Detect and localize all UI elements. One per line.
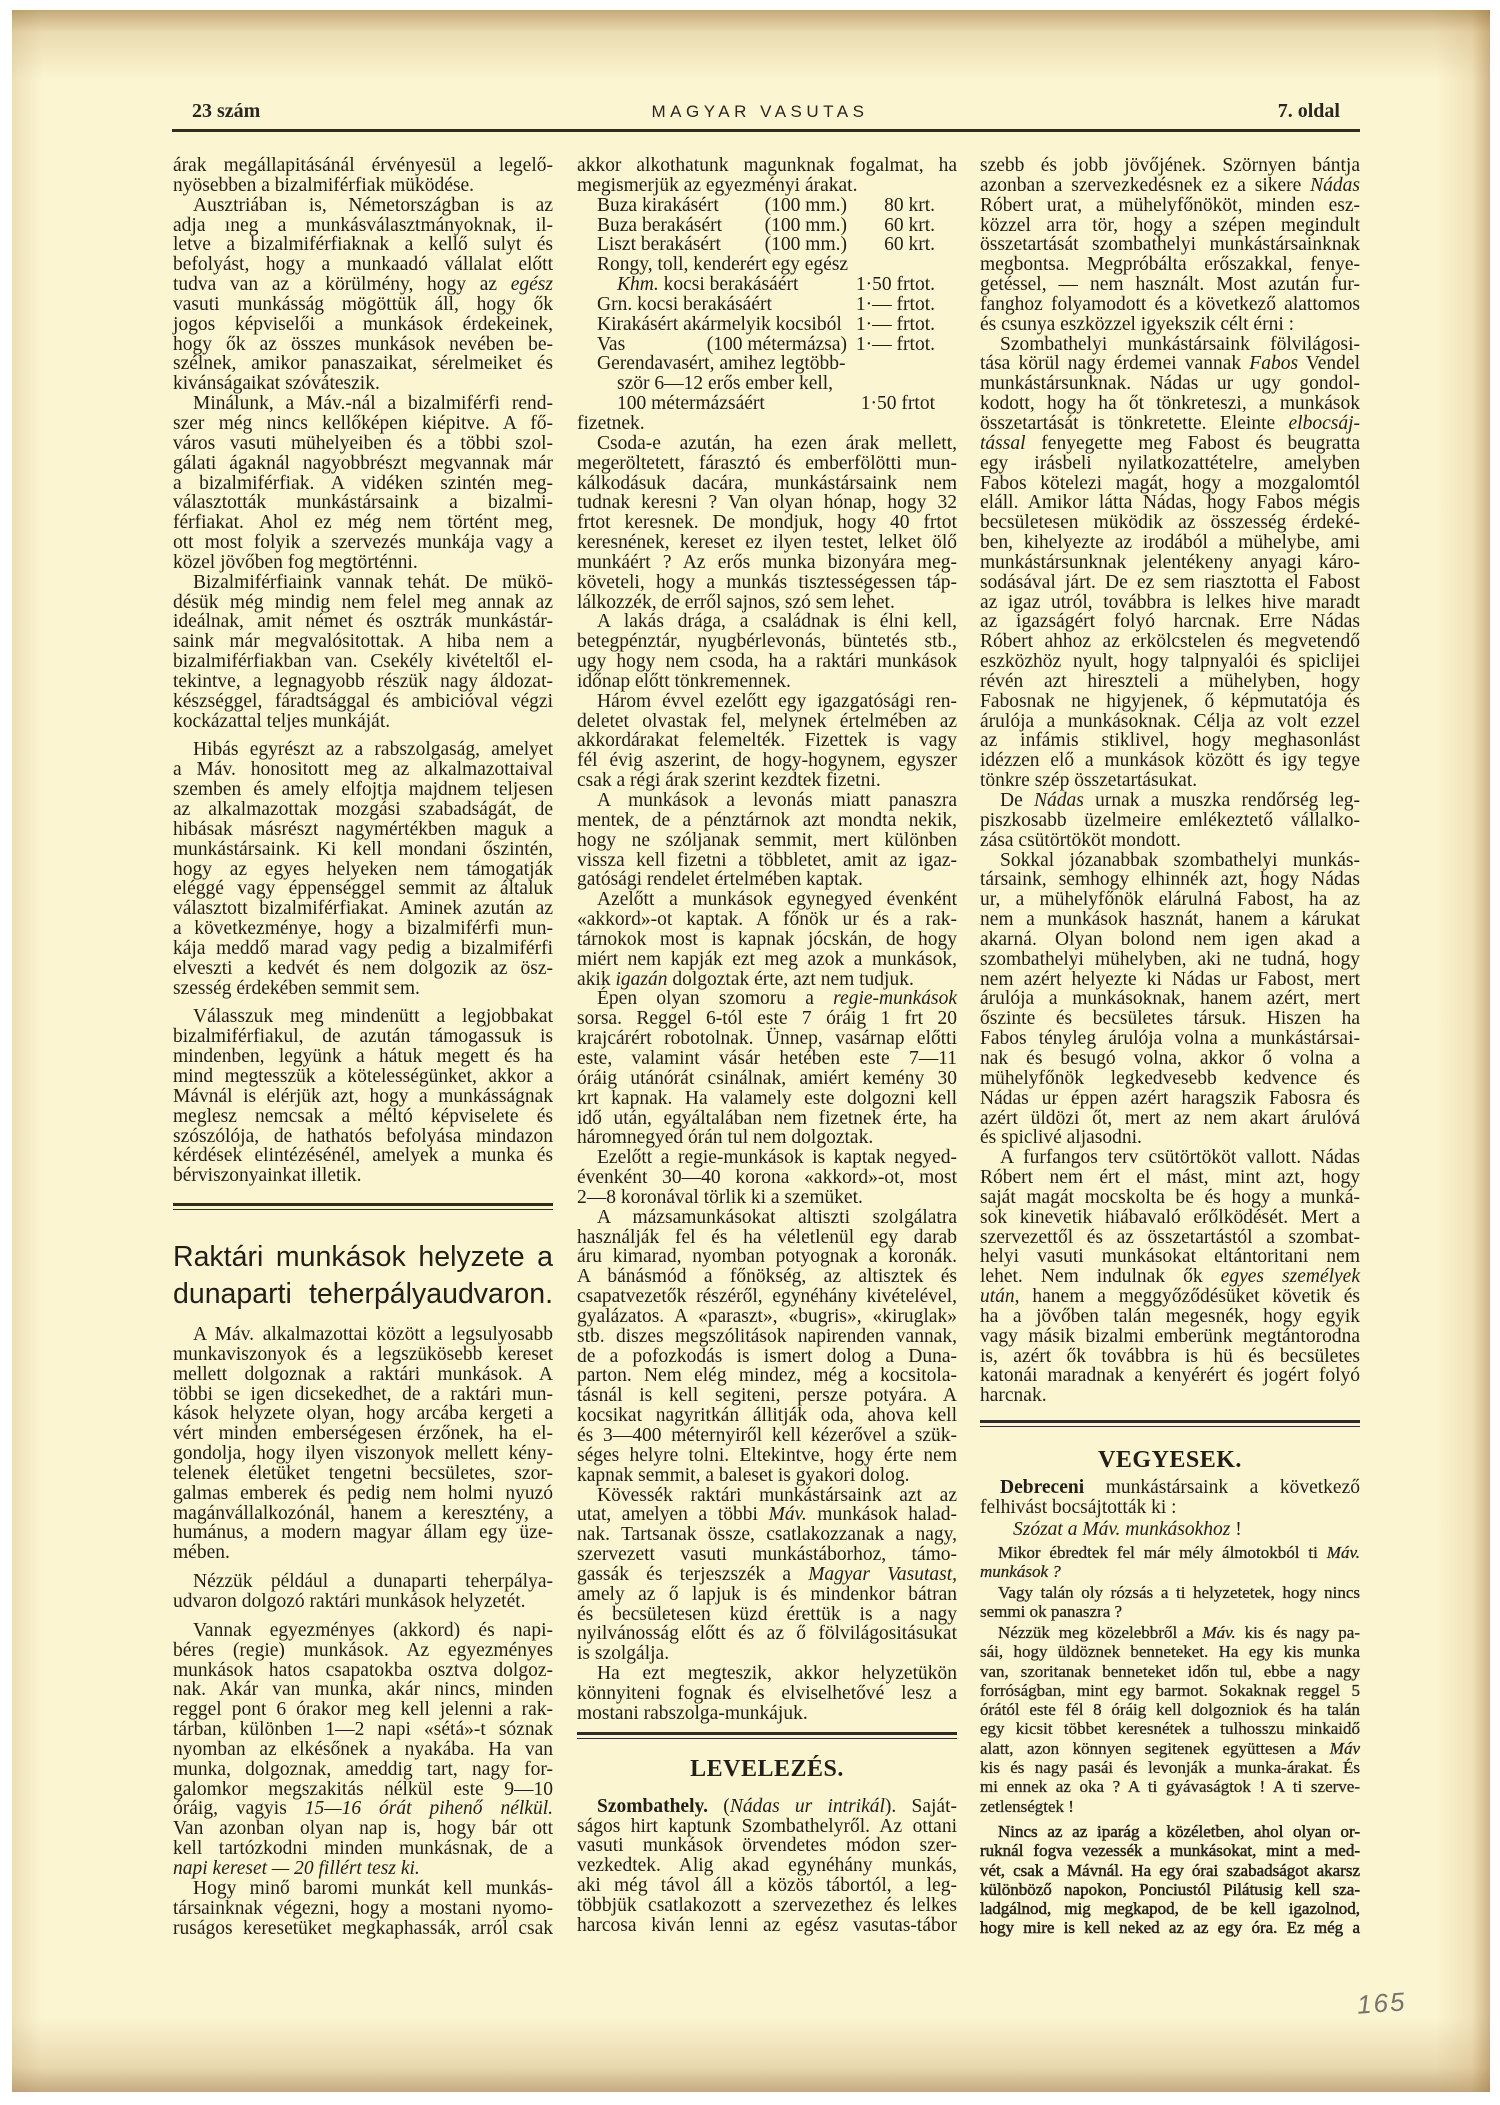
text-run: óráig, vagyis — [173, 1798, 305, 1819]
text-line: gassák és terjeszszék a Magyar Vasutast, — [577, 1565, 957, 1585]
emphasis-text: elbocsáj- — [1289, 413, 1360, 434]
paragraph: akkor alkothatunk magunknak fogalmat, ha… — [577, 156, 957, 196]
text-line: áru kimarad, nyomban potyognak a koronák… — [577, 1247, 957, 1267]
text-line: A Máv. alkalmazottai között a legsulyosa… — [173, 1325, 553, 1345]
price-item: Liszt berakásért — [597, 235, 765, 255]
text-line: mellett dolgoznak a raktári munkások. A — [173, 1365, 553, 1385]
paragraph: A mázsamunkásokat altiszti szolgálatraha… — [577, 1208, 957, 1486]
article-headline: Raktári munkások helyzete adunaparti teh… — [173, 1239, 553, 1313]
text-line: óráig, vagyis 15—16 órát pihenő nélkül. — [173, 1799, 553, 1819]
bold-text: Debreceni — [1000, 1477, 1084, 1498]
emphasis-text: egyes személyek — [1221, 1266, 1360, 1287]
emphasis-text: Nádas — [1034, 790, 1084, 811]
text-line: azért üldözi őt, mert az nem akart áruló… — [980, 1109, 1360, 1129]
text-line: becsületesen müködik az összesség érdeké… — [980, 513, 1360, 533]
column-2: akkor alkothatunk magunknak fogalmat, ha… — [577, 156, 957, 1936]
price-value: 1·— frtot. — [855, 295, 935, 315]
text-run: tudva van az a körülmény, hogy az — [173, 274, 511, 295]
text-line: Szózat a Máv. munkásokhoz ! — [980, 1520, 1360, 1540]
paragraph: Hibás egyrészt az a rabszolgaság, amelye… — [173, 740, 553, 998]
price-item: Buza kirakásért — [597, 196, 765, 216]
text-run: utat, amelyen a többi — [577, 1504, 769, 1525]
text-line: Róbert nem ért el mást, mint azt, hogy — [980, 1168, 1360, 1188]
price-item: Rongy, toll, kenderért egy egész — [597, 255, 935, 275]
text-line: galmas emberek és pedig nem holmi nyuzó — [173, 1484, 553, 1504]
paragraph: Minálunk, a Máv.-nál a bizalmiférfi rend… — [173, 394, 553, 573]
text-line: gálati ágaknál nagyobbrészt megvannak má… — [173, 454, 553, 474]
text-line: mében. — [173, 1543, 553, 1563]
text-line: kapnak semmit, a baleset is gyakori dolo… — [577, 1466, 957, 1486]
text-line: akkor alkothatunk magunknak fogalmat, ha — [577, 156, 957, 176]
text-line: Nincs az az iparág a közéletben, ahol ol… — [980, 1822, 1360, 1841]
text-run: fenyegette meg Fabost és beugratta — [1026, 433, 1360, 454]
price-unit: (100 métermázsa) — [707, 335, 847, 355]
divider-rule — [577, 1732, 957, 1739]
text-line: deletet olvastak fel, melynek értelmében… — [577, 712, 957, 732]
paragraph: Sokkal józanabbak szombathelyi munkás-tá… — [980, 851, 1360, 1149]
text-line: napi kereset — 20 fillért tesz ki. — [173, 1859, 553, 1879]
price-item: Kirakásért akármelyik kocsiból — [597, 315, 855, 335]
text-line: a Máv. honositott meg az alkalmazottaiva… — [173, 760, 553, 780]
text-line: ladgálnod, mig megkapod, de be kell igaz… — [980, 1899, 1360, 1918]
text-line: óráig utánórát csinálnak, amiért kemény … — [577, 1069, 957, 1089]
text-line: hogy az egyes helyeken nem támogatják — [173, 860, 553, 880]
divider-rule — [173, 1203, 553, 1210]
text-line: hibásak másrészt nagymértékben maguk a — [173, 820, 553, 840]
text-run: De — [1000, 790, 1034, 811]
text-line: ságos hirt kaptunk Szombathelyről. Az ot… — [577, 1817, 957, 1837]
price-table-row: Buza berakásért(100 mm.)60 krt. — [577, 216, 957, 236]
text-line: az igazságért folyó harcnak. Erre Nádas — [980, 612, 1360, 632]
text-line: mostani rabszolga-munkájuk. — [577, 1704, 957, 1724]
text-line: munkások hatos csapatokba osztva dolgoz- — [173, 1661, 553, 1681]
text-line: reggel pont 6 órakor meg kell jelenni a … — [173, 1700, 553, 1720]
price-table-row: Rongy, toll, kenderért egy egész — [577, 255, 957, 275]
text-line: kis és nagy pasái és levonják a munka-ár… — [980, 1758, 1360, 1777]
text-line: Fabos tényleg árulója volna a munkástárs… — [980, 1029, 1360, 1049]
text-run: lehet. Nem indulnak ők — [980, 1266, 1221, 1287]
text-line: humánus, a modern magyar állam egy üze- — [173, 1523, 553, 1543]
emphasis-text: Khm. — [617, 274, 659, 295]
issue-number: 23 szám — [192, 99, 260, 123]
text-line: Mávnál is elérjük azt, hogy a munkásságn… — [173, 1087, 553, 1107]
text-line: nak és besugó volna, akkor ő volna a — [980, 1049, 1360, 1069]
text-line: eszközhöz nyult, hogy talpnyalói és spic… — [980, 652, 1360, 672]
text-run: tása körül nagy érdemei vannak — [980, 353, 1249, 374]
text-line: és becsületesen küzd érettük is a nagy — [577, 1605, 957, 1625]
text-line: szervezett vasuti munkástáborhoz, támo- — [577, 1545, 957, 1565]
text-line: telenek életüket tengetni becsületes, sz… — [173, 1464, 553, 1484]
paragraph: De Nádas urnak a muszka rendőrség leg-pi… — [980, 791, 1360, 851]
text-line: eláll. Amikor látta Nádas, hogy Fabos mé… — [980, 493, 1360, 513]
text-run: akik — [577, 969, 615, 990]
text-line: ott most folyik a szervezés munkája vagy… — [173, 533, 553, 553]
text-line: kálkodásuk dacára, munkástársaink nem — [577, 474, 957, 494]
section-heading: VEGYESEK. — [980, 1445, 1360, 1475]
paragraph: Csoda-e azután, ha ezen árak mellett,meg… — [577, 434, 957, 613]
text-line: lehet. Nem indulnak ők egyes személyek — [980, 1267, 1360, 1287]
text-line: összetartását is tönkretette. Eleinte el… — [980, 414, 1360, 434]
paragraph: Válasszuk meg mindenütt a legjobbakatbiz… — [173, 1007, 553, 1186]
price-table-row: Gerendavasért, amihez legtöbb- — [577, 354, 957, 374]
paragraph: Szombathelyi munkástársaink fölvilágosi-… — [980, 335, 1360, 791]
text-line: alatt, azon könnyen segitenek együttesen… — [980, 1739, 1360, 1758]
text-line: nem azért helyezte ki Nádas ur Fabost, m… — [980, 970, 1360, 990]
emphasis-text: igazán — [615, 969, 667, 990]
text-line: nyösebben a bizalmiférfiak müködése. — [173, 176, 553, 196]
paragraph: Három évvel ezelőtt egy igazgatósági ren… — [577, 692, 957, 791]
text-line: Nézzük meg közelebbről a Máv. kis és nag… — [980, 1623, 1360, 1642]
price-item: Gerendavasért, amihez legtöbb- — [597, 354, 935, 374]
text-line: követeli, hogy a munkás tisztességessen … — [577, 573, 957, 593]
text-line: munkások ? — [980, 1562, 1360, 1581]
paragraph: Vannak egyezményes (akkord) és napi-bére… — [173, 1621, 553, 1879]
text-line: a következménye, hogy a bizalmiférfi mun… — [173, 919, 553, 939]
text-line: Fabos kötelezi magát, hogy a mozgalomtól — [980, 474, 1360, 494]
price-unit: (100 mm.) — [765, 216, 847, 236]
text-run: azonban a szervezkedésnek ez a sikere — [980, 175, 1310, 196]
price-table-row: ször 6—12 erős ember kell, — [577, 374, 957, 394]
text-line: utat, amelyen a többi Máv. munkások hala… — [577, 1505, 957, 1525]
text-line: választott bizalmiférfiakat. Aminek azut… — [173, 899, 553, 919]
text-line: jogos képviselői a munkások érdekeinek, — [173, 315, 553, 335]
column-1: árak megállapitásánál érvényesül a legel… — [173, 156, 553, 1938]
text-line: munkaviszonyok és a legszükösebb kereset — [173, 1345, 553, 1365]
price-value: 80 krt. — [855, 196, 935, 216]
text-line: udvaron dolgozó raktári munkások helyzet… — [173, 1592, 553, 1612]
emphasis-text: Fabos — [1249, 353, 1298, 374]
text-line: krt kapnak. Ha valamely este dolgozni ke… — [577, 1089, 957, 1109]
text-line: Azelőtt a munkások egynegyed évenként — [577, 890, 957, 910]
text-line: Raktári munkások helyzete a — [173, 1239, 553, 1276]
text-line: szemben és amely elfojtja majdnem teljes… — [173, 780, 553, 800]
text-line: Debreceni munkástársaink a következő — [980, 1478, 1360, 1498]
text-line: 2—8 koronával törlik ki a szemüket. — [577, 1188, 957, 1208]
text-line: sái, hogy üldöznek benneteket. Ha egy ki… — [980, 1642, 1360, 1661]
text-line: béres (regie) munkások. Az egyezményes — [173, 1641, 553, 1661]
appeal-paragraph: Nézzük meg közelebbről a Máv. kis és nag… — [980, 1623, 1360, 1816]
price-item: Buza berakásért — [597, 216, 765, 236]
text-run: Vendel — [1298, 353, 1360, 374]
emphasis-text: 15—16 órát pihenő nélkül. — [305, 1798, 553, 1819]
text-line: «akkord»-ot kaptak. A főnök ur és a rak- — [577, 910, 957, 930]
emphasis-text: Szózat a Máv. munkásokhoz — [1013, 1519, 1230, 1540]
text-line: ur, a mühelyfőnök elárulná Fabost, ha az — [980, 890, 1360, 910]
text-line: hogy ők az összes munkások nevében be- — [173, 335, 553, 355]
text-line: választották munkástársaink a bizalmi- — [173, 493, 553, 513]
text-line: mindenben, legyünk a hátuk megett és ha — [173, 1047, 553, 1067]
price-table: Buza kirakásért(100 mm.)80 krt.Buza bera… — [577, 196, 957, 414]
text-line: saink már megvalósitottak. A hiba nem a — [173, 632, 553, 652]
text-line: katonái maradnak a kenyérért és jogért f… — [980, 1366, 1360, 1386]
text-line: csak a régi árak szerint kezdtek fizetni… — [577, 771, 957, 791]
appeal-paragraph: Vagy talán oly rózsás a ti helyzetetek, … — [980, 1583, 1360, 1622]
price-value: 1·— frtot. — [855, 315, 935, 335]
text-line: Róbert urat, a mühelyfőnököt, minden esz… — [980, 196, 1360, 216]
text-line: kivánságaikat szóváteszik. — [173, 374, 553, 394]
text-line: nem a munkások hasznát, hanem a kárukat — [980, 910, 1360, 930]
text-line: mind megtesszük a kötelességünket, akkor… — [173, 1067, 553, 1087]
text-line: Szombathely. (Nádas ur intrikál). Saját- — [577, 1797, 957, 1817]
text-line: forróságban, mint egy barmot. Sokaknak r… — [980, 1681, 1360, 1700]
text-line: Hibás egyrészt az a rabszolgaság, amelye… — [173, 740, 553, 760]
text-line: hogy ne szóljanak semmit, mert különben — [577, 831, 957, 851]
text-line: készséggel, fáradtsággal és ambicióval v… — [173, 692, 553, 712]
text-line: Nádas ur éppen azért haragszik Fabosra é… — [980, 1089, 1360, 1109]
text-line: séges helyre tolni. Eltekintve, hogy ért… — [577, 1446, 957, 1466]
text-line: munka, dolgoznak, ameddig tart, nagy for… — [173, 1760, 553, 1780]
text-line: megeröltetett, fárasztó és emberfölötti … — [577, 454, 957, 474]
text-line: vasuti munkások örvendetes módon szer- — [577, 1836, 957, 1856]
paragraph: A Máv. alkalmazottai között a legsulyosa… — [173, 1325, 553, 1563]
text-line: azonban a szervezkedésnek ez a sikere Ná… — [980, 176, 1360, 196]
emphasis-text: tással — [980, 433, 1026, 454]
text-line: órától este fél 8 óráig kell dolgozniok … — [980, 1700, 1360, 1719]
text-line: nak. Tartsanak össze, csatlakozzanak a n… — [577, 1525, 957, 1545]
text-line: A furfangos terv csütörtököt vallott. Ná… — [980, 1148, 1360, 1168]
text-line: tönkre szép összetartásukat. — [980, 771, 1360, 791]
text-line: vasuti munkásság mögöttük áll, hogy ők — [173, 295, 553, 315]
text-line: frtot keresnek. De mondjuk, hogy 40 frto… — [577, 513, 957, 533]
text-line: egy irásbeli nyilatkozattételre, amelybe… — [980, 454, 1360, 474]
text-line: közzel arra tör, hogy a szépen megindult — [980, 216, 1360, 236]
text-line: nyilvánosság előtt és az ő fölvilágositá… — [577, 1624, 957, 1644]
text-line: Róbert ahhoz az erkölcstelen és megveten… — [980, 632, 1360, 652]
text-run: ( — [708, 1796, 730, 1817]
text-run: urnak a muszka rendőrség leg- — [1084, 790, 1360, 811]
price-value: 60 krt. — [855, 235, 935, 255]
emphasis-text: Magyar Vasutast, — [808, 1564, 957, 1585]
text-line: mentek, de a pénztárnok azt mondta nekik… — [577, 811, 957, 831]
text-line: társainknak végezni, hogy a mostani nyom… — [173, 1899, 553, 1919]
paragraph: A lakás drága, a családnak is élni kell,… — [577, 612, 957, 691]
divider-rule — [980, 1420, 1360, 1427]
text-run: összetartását is tönkretette. Eleinte — [980, 413, 1289, 434]
text-line: amely az ő lapjuk is és mindenkor bátran — [577, 1585, 957, 1605]
text-line: megbontsa. Megpróbálta erőszakkal, fenye… — [980, 255, 1360, 275]
handwritten-page-number: 165 — [1356, 1986, 1407, 2020]
emphasis-text: egész — [511, 274, 553, 295]
text-line: az igaz utról, továbbra is lelkes hive m… — [980, 593, 1360, 613]
text-run: munkások halad- — [807, 1504, 957, 1525]
text-line: keresnének, kereset ez ilyen testet, lel… — [577, 533, 957, 553]
text-line: harcosa kiván lenni az egész vasutas-táb… — [577, 1916, 957, 1936]
text-line: árulója a munkásoknak, hanem azért, mert — [980, 989, 1360, 1009]
paragraph: Nézzük például a dunaparti teherpálya-ud… — [173, 1572, 553, 1612]
text-line: Bizalmiférfiaink vannak tehát. De mükö- — [173, 573, 553, 593]
bold-text: Szombathely. — [597, 1796, 708, 1817]
text-line: bizalmiférfiakul, de azután támogassuk i… — [173, 1027, 553, 1047]
text-line: idézzen elő a munkások között és igy teg… — [980, 751, 1360, 771]
text-line: bizalmiférfiakban van. Csekély kivételtő… — [173, 652, 553, 672]
masthead-title: MAGYAR VASUTAS — [560, 101, 960, 123]
text-line: akarná. Olyan bolond nem igen akad a — [980, 930, 1360, 950]
header-rule — [172, 129, 1360, 132]
text-line: stb. diszes megszólitások napirenden van… — [577, 1327, 957, 1347]
text-line: aki még távol áll a közös tábortól, a le… — [577, 1876, 957, 1896]
text-run: ). Saját- — [885, 1796, 957, 1817]
text-line: vezkedtek. Alig akad egynéhány munkás, — [577, 1856, 957, 1876]
text-line: de a pofozkodás is ismert dolog a Duna- — [577, 1347, 957, 1367]
text-line: betegpénztár, nyugbérlevonás, büntetés s… — [577, 632, 957, 652]
text-run: Nézzük meg közelebbről a — [998, 1623, 1203, 1642]
text-line: után, hanem a meggyőződésüket követik és — [980, 1287, 1360, 1307]
text-line: is szolgálja. — [577, 1644, 957, 1664]
text-line: Van azonban olyan nap is, hogy bár ott — [173, 1819, 553, 1839]
text-line: ruságos keresetüket megkaphassák, arról … — [173, 1919, 553, 1939]
text-line: krajcárért robotolnak. Ünnep, vasárnap e… — [577, 1029, 957, 1049]
text-line: tása körül nagy érdemei vannak Fabos Ven… — [980, 354, 1360, 374]
text-line: A lakás drága, a családnak is élni kell, — [577, 612, 957, 632]
emphasis-text: Nádas ur intrikál — [730, 1796, 885, 1817]
text-line: révén azt hireszteli a mühelyben, hogy — [980, 672, 1360, 692]
text-line: kocsikat nagyritkán állitják oda, ahova … — [577, 1406, 957, 1426]
text-line: van, szoritanak benneteket időn tul, ebb… — [980, 1662, 1360, 1681]
price-item: 100 métermázsáért — [617, 394, 855, 414]
paragraph: A furfangos terv csütörtököt vallott. Ná… — [980, 1148, 1360, 1406]
text-run: kis és nagy pa- — [1236, 1623, 1360, 1642]
text-line: adja ıneg a munkásválasztmányoknak, il- — [173, 216, 553, 236]
text-line: munkástársunknak jelentékeny anyagi káro… — [980, 553, 1360, 573]
text-line: időnap előtt tönkremennek. — [577, 672, 957, 692]
price-table-row: Khm. kocsi berakásáért1·50 frtot. — [577, 275, 957, 295]
text-line: eléggé vagy éppenséggel semmit az általu… — [173, 879, 553, 899]
text-line: munkástársaink. Ki kell mondani őszintén… — [173, 840, 553, 860]
text-line: szombathelyi mühelyben, aki ne tudná, ho… — [980, 950, 1360, 970]
text-line: ugy hogy nem csoda, ha a raktári munkáso… — [577, 652, 957, 672]
text-line: különböző napokon, Ponciustól Pilátusig … — [980, 1880, 1360, 1899]
text-line: kodott, hogy ha őt tönkreteszi, a munkás… — [980, 394, 1360, 414]
text-line: és csunya eszközzel igyekszik célt érni … — [980, 315, 1360, 335]
text-line: fél évig aszerint, de hogy-hogynem, egys… — [577, 751, 957, 771]
price-value: 1·— frtot. — [855, 335, 935, 355]
paragraph: A munkások a levonás miatt panaszramente… — [577, 791, 957, 890]
emphasis-text: napi kereset — 20 fillért tesz ki. — [173, 1858, 420, 1879]
text-line: mi ennek az oka ? A ti gyávaságtok ! A t… — [980, 1777, 1360, 1796]
text-line: többjük csatlakozott a szervezethez és l… — [577, 1896, 957, 1916]
text-line: kérdések elintézésénél, amelyek a munka … — [173, 1146, 553, 1166]
text-line: Ha ezt megteszik, akkor helyzetükön — [577, 1664, 957, 1684]
text-line: Sokkal józanabbak szombathelyi munkás- — [980, 851, 1360, 871]
text-line: akkordárakat felemelték. Fizettek is vag… — [577, 731, 957, 751]
price-value: 60 krt. — [855, 216, 935, 236]
text-line: évenként 30—40 korona «akkord»-ot, most — [577, 1168, 957, 1188]
text-line: kások helyzete olyan, hogy arcába kerget… — [173, 1404, 553, 1424]
appeal-paragraph: Nincs az az iparág a közéletben, ahol ol… — [980, 1822, 1360, 1938]
paragraph: Ausztriában is, Németországban is azadja… — [173, 196, 553, 394]
text-line: Csoda-e azután, ha ezen árak mellett, — [577, 434, 957, 454]
text-line: tárnokok most is kapnak jócskán, de hogy — [577, 930, 957, 950]
text-line: mühelyfőnök legkedvesebb kedvence és — [980, 1069, 1360, 1089]
text-line: Minálunk, a Máv.-nál a bizalmiférfi rend… — [173, 394, 553, 414]
text-line: A bánásmód a főnökség, az altisztek és — [577, 1267, 957, 1287]
text-line: sodásával járt. De ez sem riasztotta el … — [980, 573, 1360, 593]
appeal-title: Szózat a Máv. munkásokhoz ! — [980, 1520, 1360, 1540]
text-line: Vagy talán oly rózsás a ti helyzetetek, … — [980, 1583, 1360, 1602]
text-line: társaink, semhogy elhinnék azt, hogy Nád… — [980, 870, 1360, 890]
text-line: egy kicsit többet keresnétek a tulhosszu… — [980, 1719, 1360, 1738]
price-item: Grn. kocsi berakásáért — [597, 295, 855, 315]
text-line: Hogy minő baromi munkát kell munkás- — [173, 1879, 553, 1899]
text-line: vagy másik bizalmi emberünk megtántorodn… — [980, 1327, 1360, 1347]
emphasis-text: Nádas — [1310, 175, 1360, 196]
text-line: befolyást, hogy a munkaadó vállalat előt… — [173, 255, 553, 275]
text-line: tásnál is kell segiteni, persze potyára.… — [577, 1386, 957, 1406]
text-line: szesség érdekében semmit sem. — [173, 979, 553, 999]
text-run: , hanem a meggyőződésüket követik és — [1015, 1286, 1360, 1307]
text-line: piszkosabb üzelmeire emlékeztető vállalk… — [980, 811, 1360, 831]
text-line: felhivást bocsájtották ki : — [980, 1498, 1360, 1518]
paragraph: Épen olyan szomoru a regie-munkásoksorsa… — [577, 989, 957, 1148]
text-line: szebb és jobb jövőjének. Szörnyen bántja — [980, 156, 1360, 176]
text-line: A mázsamunkásokat altiszti szolgálatra — [577, 1208, 957, 1228]
text-line: A munkások a levonás miatt panaszra — [577, 791, 957, 811]
text-line: megismerjük az egyezményi árakat. — [577, 176, 957, 196]
text-line: parton. Nem elég mindez, még a kocsitola… — [577, 1366, 957, 1386]
text-line: De Nádas urnak a muszka rendőrség leg- — [980, 791, 1360, 811]
text-line: semmi ok panaszra ? — [980, 1602, 1360, 1621]
text-line: kockázattal teljes munkáját. — [173, 712, 553, 732]
text-line: Fabosnak ne higyjenek, ő képmutatója és — [980, 692, 1360, 712]
text-line: Nézzük például a dunaparti teherpálya- — [173, 1572, 553, 1592]
emphasis-text: regie-munkások — [833, 988, 957, 1009]
text-line: désük még mindig nem felel meg annak az — [173, 593, 553, 613]
text-line: árak megállapitásánál érvényesül a legel… — [173, 156, 553, 176]
paragraph: Ezelőtt a regie-munkások is kaptak negye… — [577, 1148, 957, 1208]
text-run: munkástársaink a következő — [1084, 1477, 1360, 1498]
text-line: szélnek, amikor panaszaikat, sérelmeiket… — [173, 354, 553, 374]
text-line: az alkalmazottak mozgási szabadságát, de — [173, 800, 553, 820]
text-line: többi se igen dicsekedhet, de a raktári … — [173, 1385, 553, 1405]
text-line: elveszti a kedvét és nem dolgozik az ösz… — [173, 959, 553, 979]
text-line: ideálnak, amit német és osztrák munkástá… — [173, 612, 553, 632]
text-line: közel jövőben fog megtörténni. — [173, 553, 553, 573]
text-run: Mikor ébredtek fel már mély álmotokból t… — [998, 1543, 1327, 1562]
text-line: összetartását szombathelyi munkástársain… — [980, 235, 1360, 255]
text-run: alatt, azon könnyen segitenek együttesen… — [980, 1739, 1330, 1758]
text-line: nak. Akár van munka, akár nincs, minden — [173, 1680, 553, 1700]
text-line: férfiakat. Ahol ez még nem történt meg, — [173, 513, 553, 533]
price-table-row: Kirakásért akármelyik kocsiból1·— frtot. — [577, 315, 957, 335]
price-item: Vas — [597, 335, 707, 355]
paragraph: Ha ezt megteszik, akkor helyzetükönkönny… — [577, 1664, 957, 1724]
text-line: ben, kihelyezte az irodából a mühelybe, … — [980, 533, 1360, 553]
text-line: tárban, különben 1—2 napi «sétá»-t sózna… — [173, 1720, 553, 1740]
text-line: kell tartózkodni minden munkásnak, de a — [173, 1839, 553, 1859]
paragraph: Kövessék raktári munkástársaink azt azut… — [577, 1486, 957, 1665]
appeal-paragraph: Mikor ébredtek fel már mély álmotokból t… — [980, 1543, 1360, 1582]
price-value: 1·50 frtot — [855, 394, 935, 414]
text-line: sok kinevetik hiábavaló erőlködését. Mer… — [980, 1208, 1360, 1228]
text-line: háromnegyed órán tul nem dolgoztak. — [577, 1128, 957, 1148]
text-line: gondolja, hogy ilyen viszonyok mellett k… — [173, 1444, 553, 1464]
paragraph: Hogy minő baromi munkát kell munkás-társ… — [173, 1879, 553, 1939]
text-run: dolgoztak érte, azt nem tudjuk. — [667, 969, 913, 990]
text-line: Mikor ébredtek fel már mély álmotokból t… — [980, 1543, 1360, 1562]
text-line: miért nem kapják ezt meg azok a munkások… — [577, 950, 957, 970]
text-line: harcnak. — [980, 1386, 1360, 1406]
text-line: használják fel és ha véletlenül egy dara… — [577, 1228, 957, 1248]
page-number: 7. oldal — [1278, 99, 1340, 123]
text-line: őszinte és becsületes társuk. Hiszen ha — [980, 1009, 1360, 1029]
text-line: vért minden emberségesen érzőnek, ha el- — [173, 1424, 553, 1444]
text-line: lálkozzék, de erről sajnos, szó sem lehe… — [577, 593, 957, 613]
price-table-row: Vas(100 métermázsa)1·— frtot. — [577, 335, 957, 355]
text-run: kocsi berakásáért — [659, 274, 799, 295]
text-line: galomkor megszakitás nélkül este 9—10 — [173, 1780, 553, 1800]
paragraph: fizetnek. — [577, 414, 957, 434]
text-line: akik igazán dolgoztak érte, azt nem tudj… — [577, 970, 957, 990]
